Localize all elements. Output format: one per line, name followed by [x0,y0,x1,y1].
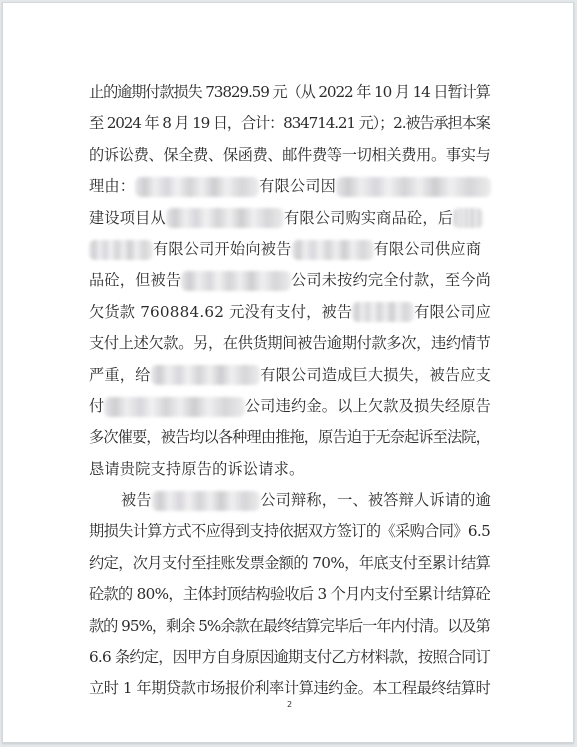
text-segment: 有限公司造成巨大损失，被告应支 [260,360,491,391]
text-segment: 建设项目从 [89,203,166,234]
text-segment: 约定，次月支付至挂账发票金额的 70%，年底支付至累计结算 [89,548,490,579]
redacted-text [292,240,374,260]
text-segment: 有限公司供应商 [374,234,482,265]
text-line: 款的 95%，剩余 5%余款在最终结算完毕后一年内付清。以及第 [89,611,491,642]
redacted-text [453,208,483,228]
text-segment: 有限公司开始向被告 [153,234,292,265]
document-body: 止的逾期付款损失 73829.59 元（从 2022 年 10 月 14 日暂计… [89,77,491,705]
text-segment: 款的 95%，剩余 5%余款在最终结算完毕后一年内付清。以及第 [89,611,490,642]
redacted-text [135,177,259,197]
text-line: 理由： 有限公司因 [89,171,491,202]
text-line: 期损失计算方式不应得到支持依据双方签订的《采购合同》6.5 [89,516,491,547]
text-segment: 付 [89,391,104,422]
page-number: 2 [287,700,292,709]
text-segment: 公司未按约完全付款，至今尚 [291,265,491,296]
text-segment: 被告 [121,485,152,516]
text-line: 欠货款 760884.62 元没有支付，被告 有限公司应 [89,297,491,328]
text-line: 的诉讼费、保全费、保函费、邮件费等一切相关费用。事实与 [89,140,491,171]
document-page: 止的逾期付款损失 73829.59 元（从 2022 年 10 月 14 日暂计… [2,2,574,743]
text-line: 品砼，但被告 公司未按约完全付款，至今尚 [89,265,491,296]
text-line: 约定，次月支付至挂账发票金额的 70%，年底支付至累计结算 [89,548,491,579]
redacted-text [104,397,244,417]
text-line: 恳请贵院支持原告的诉讼请求。 [89,454,491,485]
redacted-text [352,302,414,322]
text-segment: 恳请贵院支持原告的诉讼请求。 [89,454,304,485]
text-line: 6.6 条约定，因甲方自身原因逾期支付乙方材料款，按照合同订 [89,642,491,673]
text-segment: 砼款的 80%，主体封顶结构验收后 3 个月内支付至累计结算砼 [89,579,490,610]
text-line: 至 2024 年 8 月 19 日，合计：834714.21 元）；2.被告承担… [89,108,491,139]
redacted-text [181,271,291,291]
text-line: 付 公司违约金。以上欠款及损失经原告 [89,391,491,422]
text-segment: 理由： [89,171,135,202]
redacted-text [166,208,284,228]
text-segment: 有限公司应 [414,297,491,328]
redacted-text [336,177,491,197]
text-segment: 有限公司购实商品砼，后 [284,203,453,234]
text-segment: 公司辩称，一、被答辩人诉请的逾 [260,485,491,516]
redacted-text [152,491,260,511]
text-line: 严重，给 有限公司造成巨大损失，被告应支 [89,360,491,391]
text-segment: 止的逾期付款损失 73829.59 元（从 2022 年 10 月 14 日暂计… [89,77,490,108]
text-segment: 有限公司因 [259,171,336,202]
text-segment: 期损失计算方式不应得到支持依据双方签订的《采购合同》6.5 [89,516,490,547]
text-segment: 多次催要，被告均以各种理由推拖，原告迫于无奈起诉至法院， [89,422,490,453]
text-segment: 6.6 条约定，因甲方自身原因逾期支付乙方材料款，按照合同订 [89,642,490,673]
redacted-text [151,365,261,385]
text-line: 止的逾期付款损失 73829.59 元（从 2022 年 10 月 14 日暂计… [89,77,491,108]
text-segment: 严重，给 [89,360,151,391]
text-line: 多次催要，被告均以各种理由推拖，原告迫于无奈起诉至法院， [89,422,491,453]
text-line: 建设项目从 有限公司购实商品砼，后 [89,203,491,234]
text-segment: 品砼，但被告 [89,265,181,296]
text-line: 支付上述欠款。另，在供货期间被告逾期付款多次，违约情节 [89,328,491,359]
text-line: 砼款的 80%，主体封顶结构验收后 3 个月内支付至累计结算砼 [89,579,491,610]
text-line: 被告 公司辩称，一、被答辩人诉请的逾 [89,485,491,516]
text-segment: 支付上述欠款。另，在供货期间被告逾期付款多次，违约情节 [89,328,490,359]
text-segment: 的诉讼费、保全费、保函费、邮件费等一切相关费用。事实与 [89,140,490,171]
text-segment: 至 2024 年 8 月 19 日，合计：834714.21 元）；2.被告承担… [89,108,490,139]
text-segment: 欠货款 760884.62 元没有支付，被告 [89,297,352,328]
text-line: 有限公司开始向被告 有限公司供应商 [89,234,491,265]
redacted-text [89,240,153,260]
text-segment: 公司违约金。以上欠款及损失经原告 [245,391,491,422]
